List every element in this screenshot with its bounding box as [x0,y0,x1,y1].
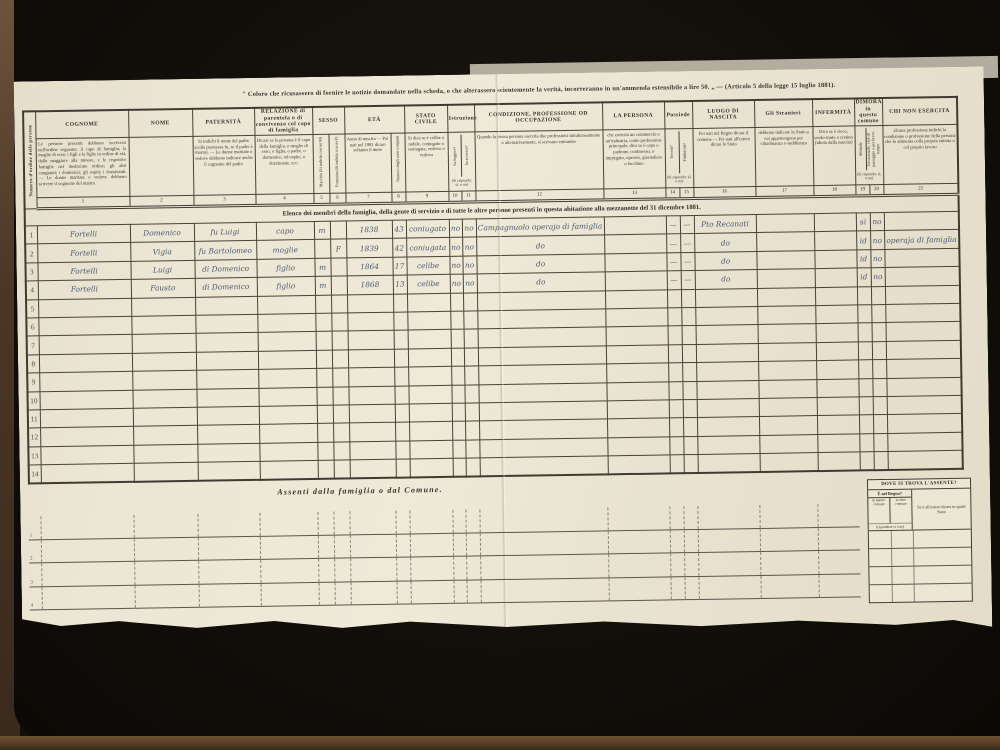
table-cell [857,286,871,305]
col-num-14: 14 [665,188,679,199]
dimora-note: (Si risponda: sì, o no) [857,172,882,181]
col-num-17: 17 [755,186,813,198]
table-cell: di Domenico [195,278,257,297]
box-cell [870,585,893,602]
col-luogo-desc: Pei nati nel Regno dicasi il comune — Pe… [692,128,755,188]
table-cell [607,507,669,531]
table-cell: — [667,271,681,290]
table-cell [873,396,887,415]
table-cell [39,390,132,410]
table-cell: — [681,271,695,290]
table-cell [258,369,316,388]
table-cell [814,231,856,250]
table-cell [331,295,347,314]
table-cell [40,445,133,465]
absent-section: 1234 DOVE SI TROVA L'ASSENTE? È nel Regn… [28,502,972,629]
col-condizione-desc: Quando la stessa persona esercita due pr… [474,130,603,191]
table-cell [39,371,132,391]
col-paternita-desc: Si indichi il nome del padre (colla prem… [192,135,255,195]
table-cell [814,213,856,232]
row-number-cell: 11 [28,410,40,429]
table-cell [350,558,396,582]
table-cell [683,418,697,437]
table-cell [696,380,758,399]
table-cell [756,250,814,269]
table-cell: di Domenico [194,259,256,278]
table-cell [479,508,607,533]
occasionale-label: Occasionale, cioè di passaggio o per bre… [866,128,882,170]
table-cell [478,346,606,366]
box-cell [891,531,914,548]
table-cell [607,418,669,437]
table-cell: figlio [257,277,315,296]
table-cell [684,455,698,474]
table-cell [453,533,466,557]
table-cell [670,553,684,577]
table-cell [756,214,814,233]
table-cell: coniugato [406,219,449,238]
table-cell [698,552,760,576]
table-cell [409,422,452,441]
table-cell [464,384,478,403]
table-cell [815,286,857,305]
table-cell [464,366,478,385]
table-cell [408,385,451,404]
table-cell [132,352,196,371]
table-cell [669,436,683,455]
table-cell [259,424,317,443]
table-cell [668,381,682,400]
row-number-cell: 8 [27,355,39,374]
table-cell [332,331,348,350]
table-cell [450,293,463,312]
table-cell [683,506,697,529]
table-cell [887,432,962,452]
table-cell [684,576,698,600]
table-cell [668,344,682,363]
table-cell: — [680,234,694,253]
table-cell [760,453,818,473]
table-cell [858,323,872,342]
table-cell [452,440,465,459]
table-cell [135,584,199,609]
box-cell [892,567,915,584]
table-cell [480,456,608,477]
table-cell [316,350,332,369]
table-cell [131,315,195,334]
table-cell [133,444,197,463]
table-cell [40,408,133,428]
table-cell [198,536,260,560]
table-cell [478,327,606,347]
table-cell [316,387,332,406]
row-number-cell: 3 [29,563,41,587]
table-cell [695,288,757,307]
wood-table-edge-bottom [0,736,1000,750]
table-cell [408,348,451,367]
table-cell [197,513,259,537]
table-cell [608,455,670,475]
table-cell [478,364,606,384]
absent-location-box: DOVE SI TROVA L'ASSENTE? È nel Regno? in… [867,478,973,603]
col-num-6: 6 [329,193,345,204]
census-table: Numero d'ordine delle persone COGNOME NO… [22,96,964,485]
table-cell [757,306,815,325]
table-cell [818,574,860,598]
table-cell [330,258,346,277]
table-cell: fu Bartolomeo [194,241,256,260]
table-cell [258,350,316,369]
row-number-cell: 10 [27,391,39,410]
col-eta-anno-desc: Anno di nascita — Pei nati nel 1881 dica… [344,133,391,193]
table-cell [695,306,757,325]
table-cell [681,289,695,308]
col-sesso-m: Maschio (Si indichi con un M) [312,134,329,193]
table-cell: Fortelli [37,243,130,263]
table-cell [696,343,758,362]
table-cell [817,397,859,416]
table-cell [874,452,888,471]
table-cell: Luigi [130,260,194,279]
table-cell [604,234,666,253]
table-cell [258,332,316,351]
row-number-cell: 7 [27,336,39,355]
table-cell [41,562,134,587]
table-cell: 13 [393,275,407,294]
table-cell [670,530,684,554]
table-cell [815,268,857,287]
col-stranieri-desc: debbono indicare lo Stato a cui apparten… [754,127,813,187]
absent-table: 1234 [28,504,860,611]
row-number-cell: 9 [27,373,39,392]
table-cell [816,378,858,397]
table-cell: do [476,235,604,255]
table-cell: F [330,239,346,258]
table-cell: Campagnuolo operajo di famiglia [476,217,604,237]
table-cell [39,335,132,355]
table-cell: id [857,268,871,287]
table-cell [197,443,259,462]
table-cell [134,537,198,562]
table-cell: Pto Recanati [694,215,756,234]
table-cell: 1868 [347,275,393,294]
table-cell: no [462,237,476,256]
terreni-label: Terreni? [666,131,679,173]
table-cell: m [314,221,330,240]
col-num-11: 11 [461,191,475,202]
table-cell: — [666,252,680,271]
table-cell [41,538,134,563]
table-cell [394,349,408,368]
table-cell [133,426,197,445]
col-num-19: 19 [855,185,869,196]
table-cell [859,433,873,452]
table-cell [318,460,334,479]
table-cell [314,240,330,259]
table-cell: — [666,234,680,253]
table-cell: id [856,249,870,268]
table-cell [195,314,257,333]
table-cell [319,582,335,606]
table-cell: no [449,256,462,275]
table-cell: 43 [392,220,406,239]
table-cell [396,459,410,478]
table-cell [318,535,334,559]
table-cell [451,329,464,348]
table-cell [407,293,450,312]
table-cell [760,575,818,599]
table-cell: do [694,251,756,270]
table-cell [817,434,859,453]
table-cell: no [463,274,477,293]
table-cell: m [314,258,330,277]
regno-note: (rispondere sì o no) [869,523,912,531]
table-cell: do [695,270,757,289]
table-cell [196,388,258,407]
table-cell [348,386,394,405]
table-cell [316,332,332,351]
table-cell [858,360,872,379]
table-cell [479,419,607,439]
table-cell [684,553,698,577]
table-cell [681,307,695,326]
table-cell: 42 [392,238,406,257]
table-cell [454,580,467,604]
table-cell [682,344,696,363]
table-cell [860,452,874,471]
table-cell [396,534,410,558]
row-number-cell: 6 [26,318,38,337]
col-eta-title: ETÀ [344,106,404,134]
table-cell [605,271,667,290]
table-cell [886,340,961,360]
table-cell [198,461,260,481]
table-cell [317,423,333,442]
table-cell [451,366,464,385]
absent-box-rows [869,530,972,602]
table-cell: Fortelli [38,280,131,300]
table-cell [410,533,453,557]
istruzione-note: (Si risponda: sì, o no) [450,178,474,187]
table-cell [758,342,816,361]
table-cell [872,341,886,360]
table-cell [859,397,873,416]
table-cell: no [462,256,476,275]
table-cell [698,528,760,552]
col-stato-civile-desc: Si dica se è celibe o nubile, coniugato … [405,132,449,192]
table-cell [411,580,454,604]
table-cell [873,433,887,452]
table-cell [604,253,666,272]
altro-comune-label: in altro comune [889,498,911,523]
col-infermita-title: INFERMITÀ [812,98,854,126]
col-nome-desc [129,136,194,196]
row-number-cell: 13 [28,446,40,465]
table-cell: 1864 [346,257,392,276]
col-num-7: 7 [345,192,391,204]
table-cell [394,367,408,386]
table-cell [452,403,465,422]
table-cell: operaja di famiglia [884,230,959,250]
table-cell [450,311,463,330]
row-number-cell: 5 [26,299,38,318]
table-cell: no [462,219,476,238]
table-cell [348,331,394,350]
table-cell: no [450,274,463,293]
col-stato-civile-title: STATO CIVILE [404,105,447,133]
table-cell [682,381,696,400]
table-cell [608,577,670,601]
table-cell [682,363,696,382]
table-cell [669,400,683,419]
sa-scrivere-label: Sa scrivere? [461,134,474,176]
row-number-cell: 2 [25,244,37,263]
table-cell [132,370,196,389]
table-cell: — [666,216,680,235]
table-cell [396,557,410,581]
table-cell: sì [856,213,870,232]
table-cell [683,436,697,455]
table-cell [479,438,607,458]
table-cell: no [871,268,885,287]
table-cell [479,401,607,421]
table-cell [259,405,317,424]
table-cell: Vigia [130,242,194,261]
table-cell [350,534,396,558]
table-cell [871,286,885,305]
table-cell [257,295,315,314]
table-cell [759,505,817,529]
table-cell [196,351,258,370]
col-stranieri-title: Gli Stranieri [754,99,812,127]
table-cell [683,399,697,418]
box-cell [892,584,915,601]
table-cell [885,285,960,305]
col-cognome-desc: Le persone presenti debbono iscriversi n… [36,137,130,197]
table-cell: — [680,252,694,271]
table-cell [604,216,666,235]
row-number-cell: 12 [28,428,40,447]
table-cell [858,341,872,360]
table-cell [40,515,133,539]
table-cell: Fausto [131,279,195,298]
box-cell [914,530,971,548]
box-cell [915,584,972,602]
table-cell [331,313,347,332]
table-cell [466,556,480,580]
col-infermita-desc: Dica se è cieco, sordo-muto o cretino (i… [812,126,855,186]
row-number-cell: 3 [25,263,37,282]
col-num-8: 8 [391,192,405,203]
table-cell [859,415,873,434]
table-cell [408,366,451,385]
table-cell [134,561,198,586]
table-cell [258,387,316,406]
table-cell [669,418,683,437]
table-cell [697,398,759,417]
table-cell [697,417,759,436]
col-sesso-f: Femmina (Si indichi con un F) [328,134,345,193]
table-cell [409,510,452,534]
table-cell [857,305,871,324]
table-cell [332,386,348,405]
row-number-cell: 1 [28,517,40,540]
absent-section-title: Assenti dalla famiglia o dal Comune. [20,481,700,501]
table-cell [696,362,758,381]
table-cell [756,232,814,251]
table-cell [133,407,197,426]
table-cell [318,559,334,583]
table-cell [330,221,346,240]
table-cell [451,348,464,367]
table-cell [478,382,606,402]
table-cell [394,386,408,405]
fabbricati-label: Fabbricati? [678,131,692,173]
table-cell [196,333,258,352]
table-cell [347,294,393,313]
table-cell [466,458,480,477]
table-cell: 1838 [346,220,392,239]
table-cell: no [449,219,462,238]
table-cell [347,312,393,331]
col-istruzione-sub: Sa leggere? Sa scrivere? (Si risponda: s… [447,132,475,191]
table-cell [757,287,815,306]
table-cell [315,313,331,332]
table-cell [759,434,817,453]
table-cell [317,405,333,424]
table-cell [464,348,478,367]
col-istruzione-title: Istruzione [447,104,474,132]
estero-label: Se è all'estero dicasi in quale Stato [912,489,971,530]
row-number-cell: 2 [29,540,41,564]
table-cell [872,360,886,379]
table-cell [606,381,668,400]
table-cell [410,557,453,581]
col-num-5: 5 [313,193,329,204]
table-cell [466,533,480,557]
empty-rows: 567891011121314 [26,285,963,484]
table-cell [333,423,349,442]
table-cell [394,330,408,349]
table-cell [760,528,818,552]
table-cell [41,463,134,483]
col-chi-non-esercita-desc: alcuna professione indichi la condizione… [882,124,958,184]
table-cell [397,581,411,605]
col-num-20: 20 [869,185,883,196]
table-cell [349,511,395,535]
table-cell [818,527,860,551]
table-cell [885,266,960,286]
table-cell [453,557,466,581]
col-relazione-title: RELAZIONE di parentela o di convivenza c… [254,107,312,135]
table-cell [465,440,479,459]
table-cell [670,455,684,474]
table-cell [816,360,858,379]
table-cell [815,305,857,324]
table-cell [260,559,318,583]
table-cell [682,326,696,345]
table-cell [668,363,682,382]
table-cell [131,297,195,316]
table-cell [409,403,452,422]
table-cell [816,342,858,361]
table-cell [464,329,478,348]
table-cell: do [694,233,756,252]
table-cell: Fortelli [37,261,130,281]
table-cell [349,404,395,423]
table-cell [698,454,760,474]
table-cell [393,294,407,313]
